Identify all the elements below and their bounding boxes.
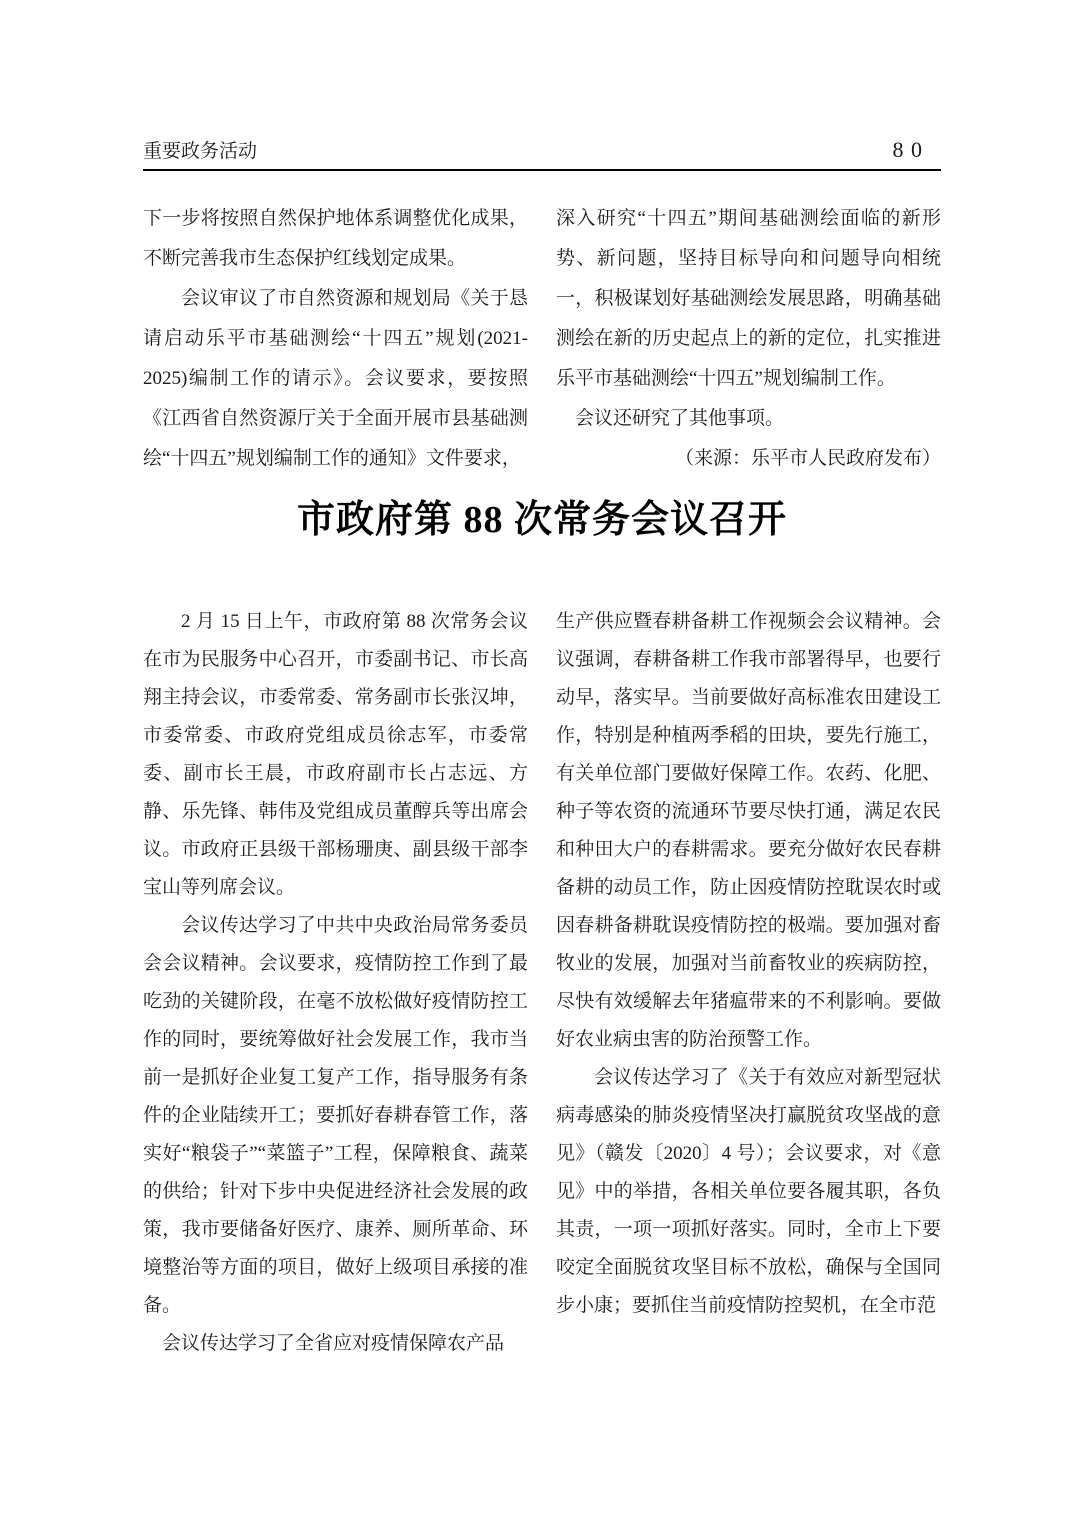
paragraph: 会议审议了市自然资源和规划局《关于恳请启动乐平市基础测绘“十四五”规划(2021…	[143, 279, 528, 479]
header-rule	[143, 169, 941, 171]
paragraph: 会议传达学习了《关于有效应对新型冠状病毒感染的肺炎疫情坚决打赢脱贫攻坚战的意见》…	[556, 1059, 941, 1325]
paragraph: 生产供应暨春耕备耕工作视频会会议精神。会议强调，春耕备耕工作我市部署得早，也要行…	[556, 603, 941, 1059]
paragraph: 会议还研究了其他事项。	[556, 399, 941, 439]
article-title: 市政府第 88 次常务会议召开	[143, 493, 941, 547]
article-basic-surveying: 下一步将按照自然保护地体系调整优化成果，不断完善我市生态保护红线划定成果。 会议…	[143, 199, 941, 479]
article-executive-meeting: 2 月 15 日上午，市政府第 88 次常务会议在市为民服务中心召开，市委副书记…	[143, 603, 941, 1363]
page-content: 重要政务活动 8 0 下一步将按照自然保护地体系调整优化成果，不断完善我市生态保…	[0, 0, 1074, 1363]
paragraph: 会议传达学习了中共中央政治局常务委员会会议精神。会议要求，疫情防控工作到了最吃劲…	[143, 907, 528, 1325]
paragraph: 会议传达学习了全省应对疫情保障农产品	[143, 1325, 528, 1363]
page-header: 重要政务活动 8 0	[143, 138, 941, 164]
article2-right-column: 生产供应暨春耕备耕工作视频会会议精神。会议强调，春耕备耕工作我市部署得早，也要行…	[556, 603, 941, 1363]
source-line: （来源：乐平市人民政府发布）	[556, 439, 941, 479]
article1-left-column: 下一步将按照自然保护地体系调整优化成果，不断完善我市生态保护红线划定成果。 会议…	[143, 199, 528, 479]
article1-right-column: 深入研究“十四五”期间基础测绘面临的新形势、新问题，坚持目标导向和问题导向相统一…	[556, 199, 941, 479]
article2-left-column: 2 月 15 日上午，市政府第 88 次常务会议在市为民服务中心召开，市委副书记…	[143, 603, 528, 1363]
paragraph: 2 月 15 日上午，市政府第 88 次常务会议在市为民服务中心召开，市委副书记…	[143, 603, 528, 907]
paragraph: 深入研究“十四五”期间基础测绘面临的新形势、新问题，坚持目标导向和问题导向相统一…	[556, 199, 941, 399]
document-page: 重要政务活动 8 0 下一步将按照自然保护地体系调整优化成果，不断完善我市生态保…	[0, 0, 1074, 1520]
paragraph: 下一步将按照自然保护地体系调整优化成果，不断完善我市生态保护红线划定成果。	[143, 199, 528, 279]
section-label: 重要政务活动	[143, 140, 257, 164]
page-number: 8 0	[893, 138, 942, 162]
